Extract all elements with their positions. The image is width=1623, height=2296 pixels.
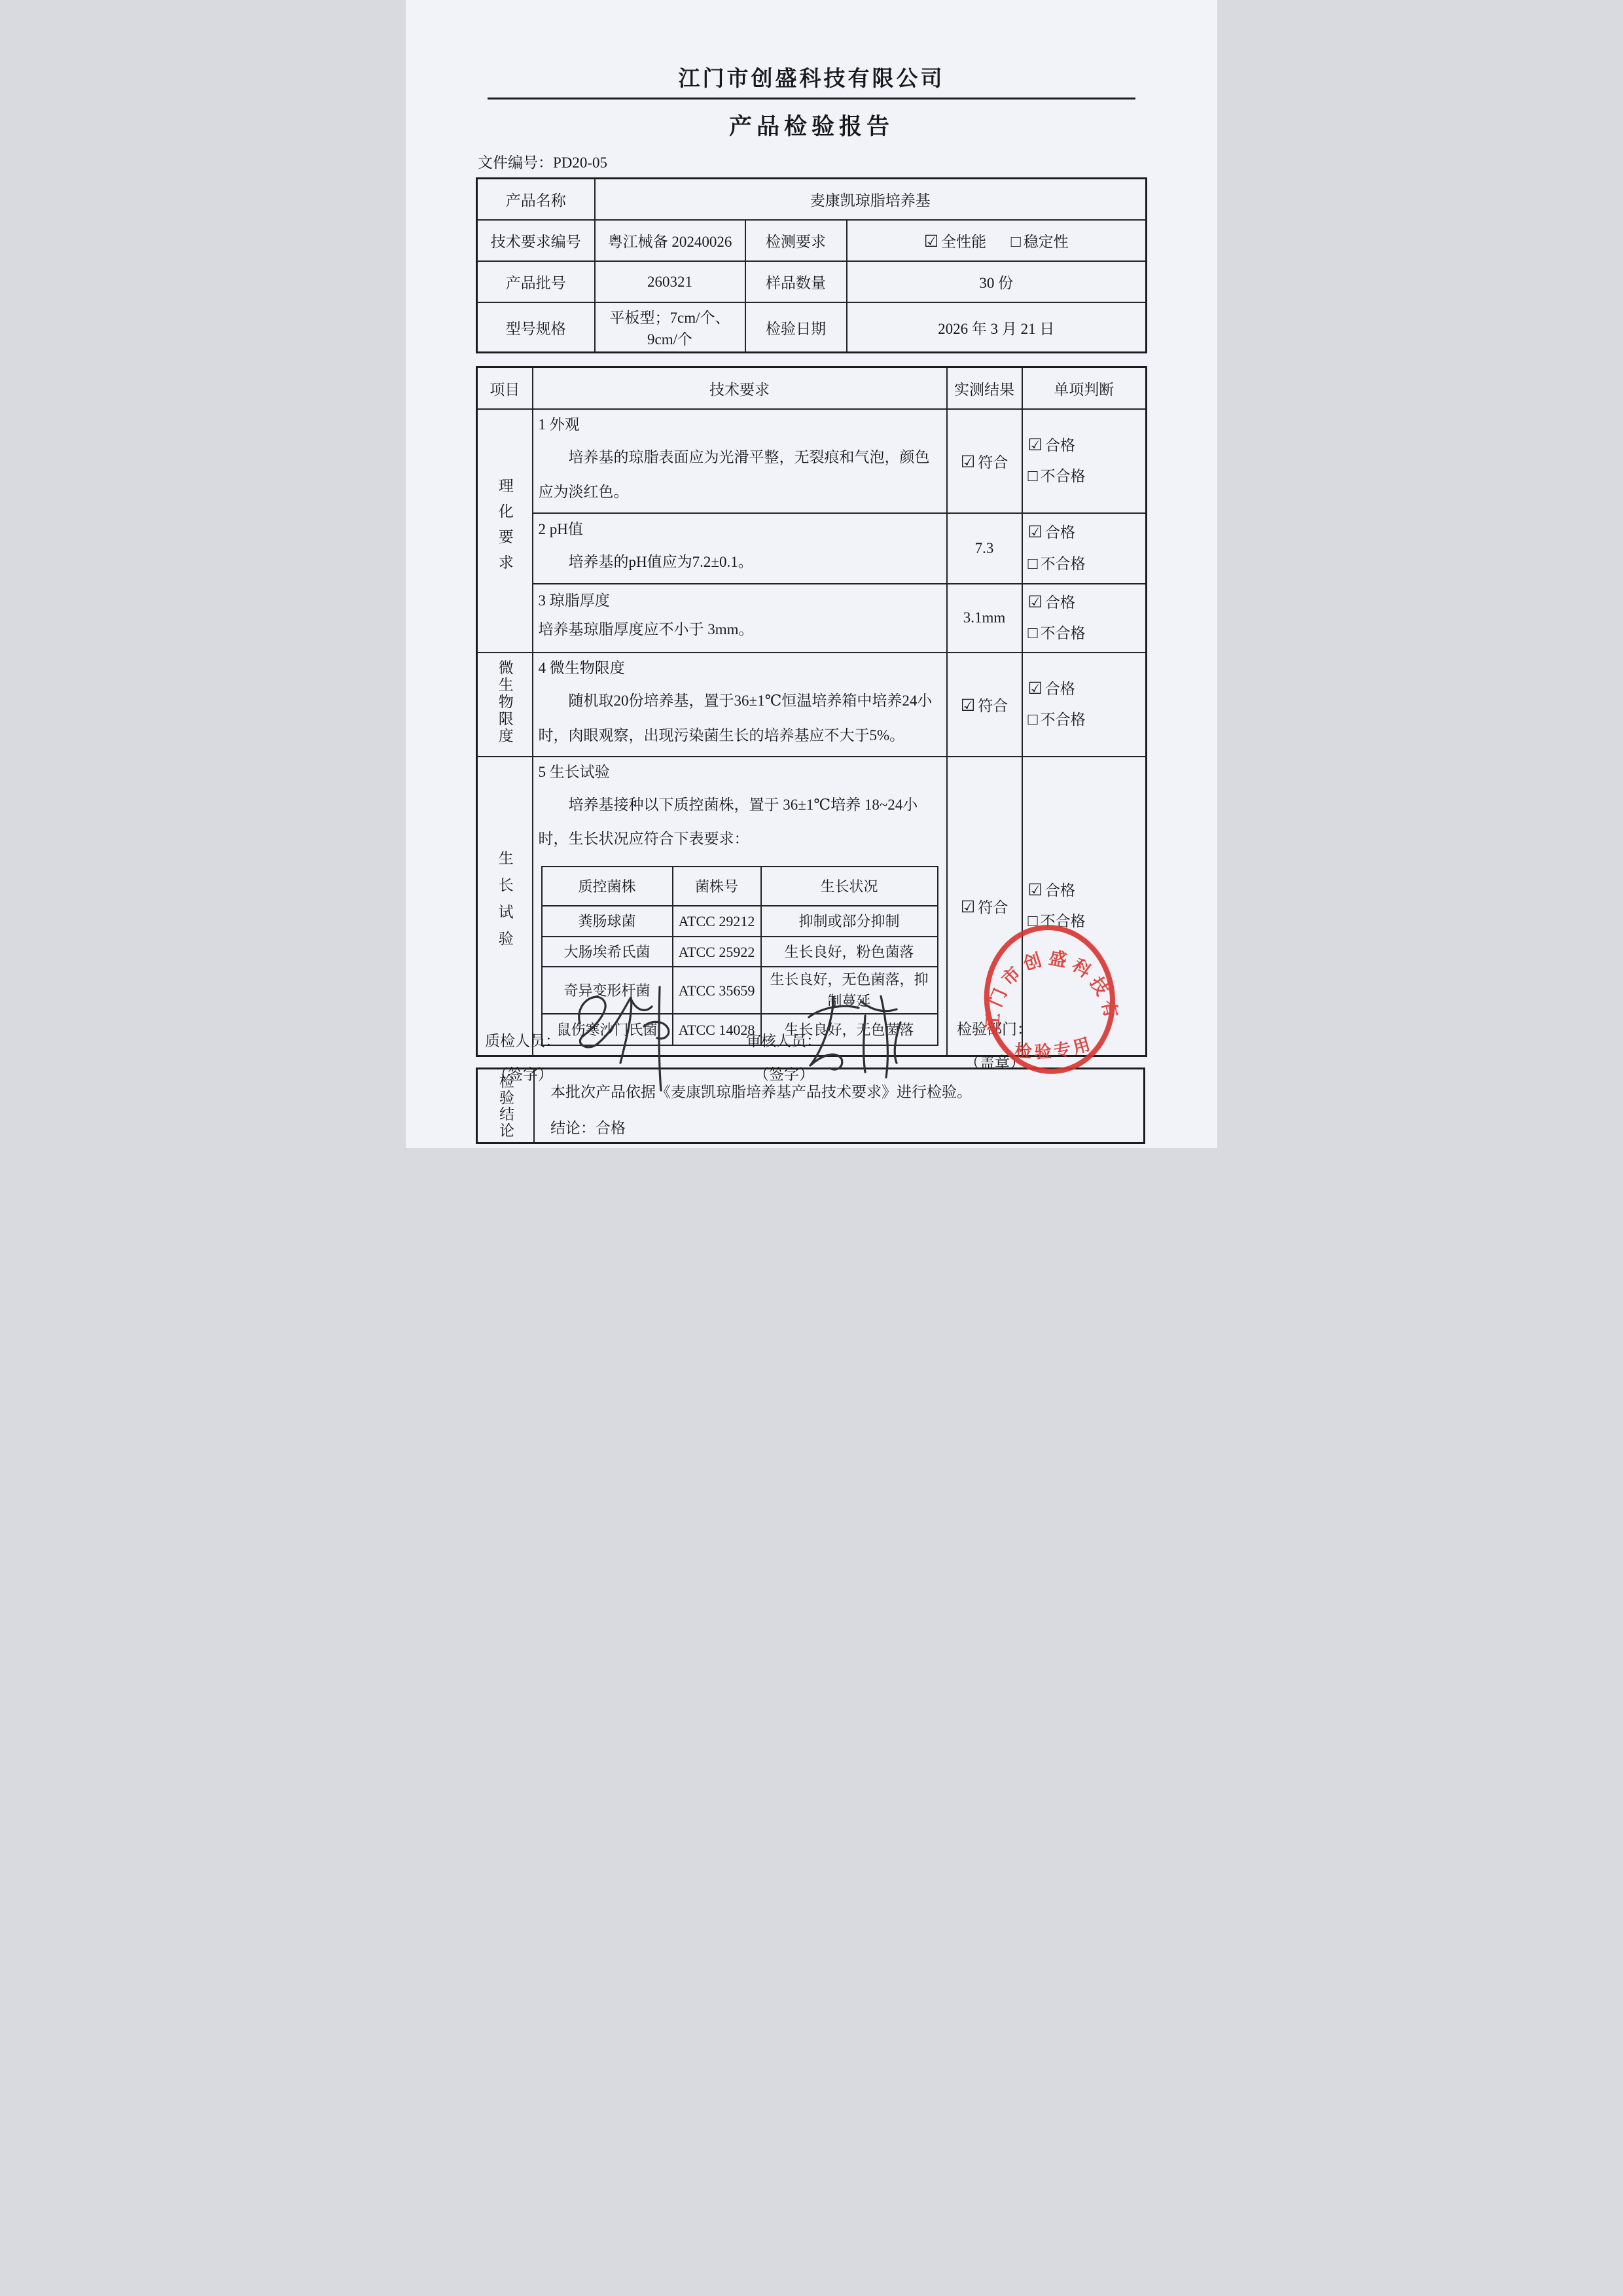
model-value: 平板型；7cm/个、9cm/个 — [595, 302, 745, 353]
result-thickness: 3.1mm — [947, 584, 1022, 653]
strain-code: ATCC 29212 — [673, 906, 761, 937]
tech-req-no-value: 粤江械备 20240026 — [595, 220, 745, 261]
table-row: 微生物限度 4 微生物限度 随机取20份培养基，置于36±1℃恒温培养箱中培养2… — [477, 653, 1147, 757]
checkbox-checked-icon: ☑ — [1028, 524, 1043, 541]
model-label: 型号规格 — [477, 302, 595, 353]
req-micro: 4 微生物限度 随机取20份培养基，置于36±1℃恒温培养箱中培养24小时，肉眼… — [533, 653, 947, 757]
qc-sign-hint: （签字） — [485, 1062, 560, 1084]
batch-label: 产品批号 — [477, 261, 595, 302]
doc-number: 文件编号：PD20-05 — [478, 151, 1217, 172]
checkbox-unchecked-icon: □ — [1011, 233, 1021, 251]
table-row: 大肠埃希氏菌 ATCC 25922 生长良好，粉色菌落 — [542, 937, 938, 967]
inspection-stamp: 江门市创盛科技有限公司 检验专用章 — [972, 915, 1127, 1086]
req-title: 2 pH值 — [539, 517, 941, 539]
checkbox-checked-icon: ☑ — [1028, 680, 1043, 698]
product-name-label: 产品名称 — [477, 179, 595, 221]
req-body: 培养基的琼脂表面应为光滑平整，无裂痕和气泡，颜色应为淡红色。 — [539, 440, 941, 510]
col-result: 实测结果 — [947, 367, 1022, 410]
growth-status: 抑制或部分抑制 — [761, 906, 938, 937]
group-micro: 微生物限度 — [477, 653, 533, 757]
req-body: 培养基的pH值应为7.2±0.1。 — [539, 545, 941, 580]
group-growth: 生长试验 — [477, 757, 533, 1056]
tech-req-no-label: 技术要求编号 — [477, 220, 595, 261]
judgment-appearance: ☑合格 □不合格 — [1022, 409, 1147, 513]
reviewer-signature — [797, 990, 921, 1088]
checkbox-checked-icon: ☑ — [924, 233, 938, 251]
checkbox-unchecked-icon: □ — [1028, 467, 1038, 485]
table-row: 理化要求 1 外观 培养基的琼脂表面应为光滑平整，无裂痕和气泡，颜色应为淡红色。… — [477, 409, 1147, 513]
checkbox-unchecked-icon: □ — [1028, 711, 1038, 728]
doc-number-label: 文件编号： — [478, 154, 553, 171]
table-row: 产品名称 麦康凯琼脂培养基 — [477, 179, 1147, 221]
checkbox-checked-icon: ☑ — [961, 697, 975, 715]
judgment-thickness: ☑合格 □不合格 — [1022, 584, 1147, 653]
test-req-label: 检测要求 — [745, 220, 847, 261]
req-body: 随机取20份培养基，置于36±1℃恒温培养箱中培养24小时，肉眼观察，出现污染菌… — [539, 684, 941, 753]
req-title: 4 微生物限度 — [539, 656, 941, 677]
test-date-value: 2026 年 3 月 21 日 — [847, 302, 1147, 353]
strain-name: 粪肠球菌 — [542, 906, 673, 937]
req-title: 3 琼脂厚度 — [539, 588, 941, 610]
req-title: 1 外观 — [539, 412, 941, 434]
table-row: 产品批号 260321 样品数量 30 份 — [477, 261, 1147, 302]
req-title: 5 生长试验 — [539, 760, 941, 781]
growth-status: 生长良好，粉色菌落 — [761, 937, 938, 967]
checkbox-unchecked-icon: □ — [1028, 555, 1038, 573]
title-divider — [488, 98, 1135, 99]
qc-signature — [568, 983, 689, 1094]
batch-value: 260321 — [595, 261, 745, 302]
table-header-row: 项目 技术要求 实测结果 单项判断 — [477, 367, 1147, 410]
product-info-table: 产品名称 麦康凯琼脂培养基 技术要求编号 粤江械备 20240026 检测要求 … — [476, 177, 1147, 353]
table-row: 2 pH值 培养基的pH值应为7.2±0.1。 7.3 ☑合格 □不合格 — [477, 513, 1147, 584]
checkbox-checked-icon: ☑ — [961, 454, 975, 471]
col-growth-status: 生长状况 — [761, 867, 938, 906]
checkbox-checked-icon: ☑ — [1028, 437, 1043, 454]
strain-name: 大肠埃希氏菌 — [542, 937, 673, 967]
checkbox-unchecked-icon: □ — [1028, 624, 1038, 642]
checkbox-checked-icon: ☑ — [1028, 594, 1043, 611]
stamp-company-text: 江门市创盛科技有限公司 — [972, 915, 1122, 1039]
strain-code: ATCC 25922 — [673, 937, 761, 967]
sample-qty-value: 30 份 — [847, 261, 1147, 302]
test-req-unchecked-label: 稳定性 — [1024, 234, 1069, 250]
table-row: 技术要求编号 粤江械备 20240026 检测要求 ☑全性能 □稳定性 — [477, 220, 1147, 261]
doc-number-value: PD20-05 — [553, 154, 607, 171]
group-physchem: 理化要求 — [477, 409, 533, 653]
table-row: 型号规格 平板型；7cm/个、9cm/个 检验日期 2026 年 3 月 21 … — [477, 302, 1147, 353]
col-strain: 质控菌株 — [542, 867, 673, 906]
req-body: 培养基接种以下质控菌株，置于 36±1℃培养 18~24小时，生长状况应符合下表… — [539, 788, 941, 857]
table-header-row: 质控菌株 菌株号 生长状况 — [542, 867, 938, 906]
qc-signer: 质检人员： （签字） — [485, 1029, 560, 1084]
table-row: 粪肠球菌 ATCC 29212 抑制或部分抑制 — [542, 906, 938, 937]
test-req-checked-label: 全性能 — [941, 234, 986, 250]
report-page: 江门市创盛科技有限公司 产品检验报告 文件编号：PD20-05 产品名称 麦康凯… — [406, 0, 1217, 1148]
judgment-micro: ☑合格 □不合格 — [1022, 653, 1147, 757]
result-appearance: ☑符合 — [947, 409, 1022, 513]
req-body: 培养基琼脂厚度应不小于 3mm。 — [539, 613, 941, 647]
page-title: 产品检验报告 — [406, 109, 1217, 141]
col-strain-code: 菌株号 — [673, 867, 761, 906]
result-micro: ☑符合 — [947, 653, 1022, 757]
col-item: 项目 — [477, 367, 533, 410]
col-requirement: 技术要求 — [533, 367, 947, 410]
judgment-ph: ☑合格 □不合格 — [1022, 513, 1147, 584]
test-date-label: 检验日期 — [745, 302, 847, 353]
checkbox-checked-icon: ☑ — [961, 899, 975, 916]
sample-qty-label: 样品数量 — [745, 261, 847, 302]
company-name: 江门市创盛科技有限公司 — [406, 0, 1217, 92]
col-judgment: 单项判断 — [1022, 367, 1147, 410]
qc-label: 质检人员： — [485, 1033, 560, 1049]
table-row: 3 琼脂厚度 培养基琼脂厚度应不小于 3mm。 3.1mm ☑合格 □不合格 — [477, 584, 1147, 653]
result-ph: 7.3 — [947, 513, 1022, 584]
req-appearance: 1 外观 培养基的琼脂表面应为光滑平整，无裂痕和气泡，颜色应为淡红色。 — [533, 409, 947, 513]
product-name-value: 麦康凯琼脂培养基 — [595, 179, 1147, 221]
checkbox-checked-icon: ☑ — [1028, 882, 1043, 899]
test-req-value: ☑全性能 □稳定性 — [847, 220, 1147, 261]
req-ph: 2 pH值 培养基的pH值应为7.2±0.1。 — [533, 513, 947, 584]
req-thickness: 3 琼脂厚度 培养基琼脂厚度应不小于 3mm。 — [533, 584, 947, 653]
